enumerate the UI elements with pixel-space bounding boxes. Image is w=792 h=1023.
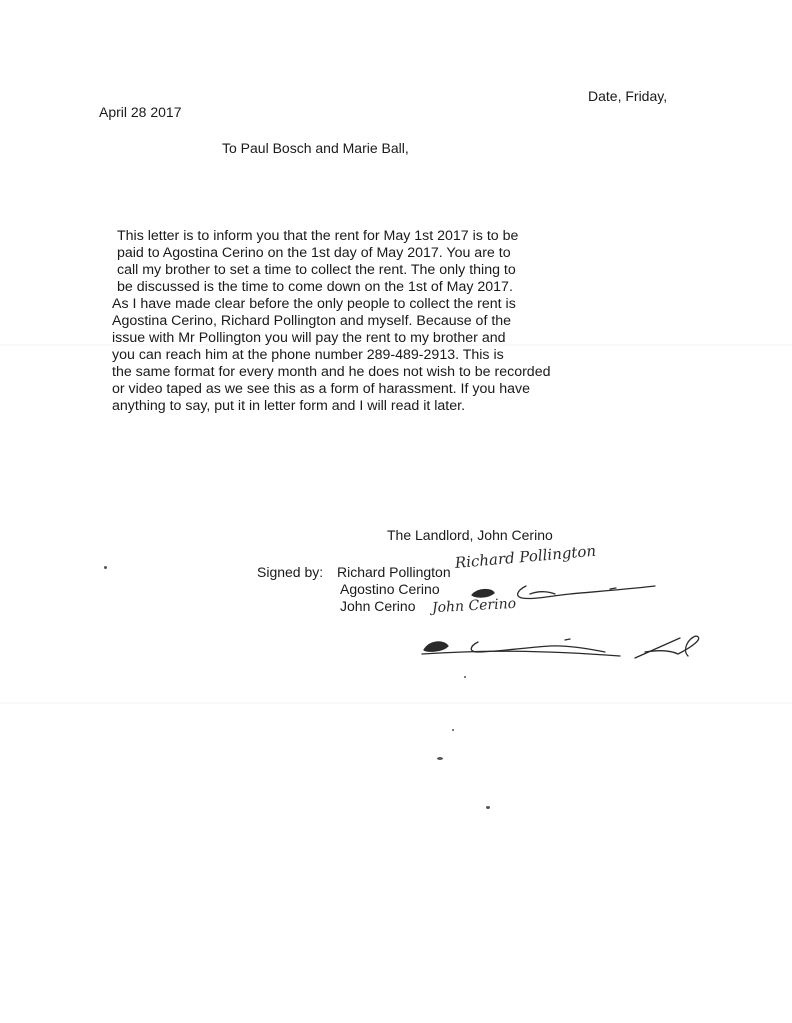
body-line: issue with Mr Pollington you will pay th…: [112, 330, 506, 347]
scan-speck: [104, 566, 107, 569]
scan-speck: [464, 676, 466, 678]
closing: The Landlord, John Cerino: [387, 527, 553, 544]
signed-by-label: Signed by:: [257, 564, 323, 581]
body-line: anything to say, put it in letter form a…: [112, 398, 465, 415]
body-line: Agostina Cerino, Richard Pollington and …: [112, 313, 511, 330]
signatory-name: Agostino Cerino: [340, 581, 440, 598]
body-line: paid to Agostina Cerino on the 1st day o…: [117, 245, 511, 262]
signatory-name: John Cerino: [340, 598, 416, 615]
salutation: To Paul Bosch and Marie Ball,: [222, 140, 409, 157]
body-line: be discussed is the time to come down on…: [117, 279, 513, 296]
body-line: or video taped as we see this as a form …: [112, 381, 530, 398]
date-label: Date, Friday,: [588, 88, 667, 105]
signatory-name: Richard Pollington: [337, 564, 451, 581]
body-line: call my brother to set a time to collect…: [117, 262, 516, 279]
body-line: you can reach him at the phone number 28…: [112, 347, 504, 364]
handwritten-signature-scribble: [420, 630, 710, 670]
scan-artifact: [0, 702, 792, 704]
body-line: This letter is to inform you that the re…: [117, 228, 518, 245]
handwritten-signature: John Cerino: [432, 596, 517, 617]
scan-speck: [486, 806, 490, 809]
body-line: As I have made clear before the only peo…: [112, 296, 516, 313]
date-value: April 28 2017: [99, 104, 182, 121]
body-line: the same format for every month and he d…: [112, 364, 550, 381]
scan-speck: [437, 757, 443, 760]
handwritten-signature: Richard Pollington: [454, 543, 596, 572]
scan-speck: [452, 729, 454, 731]
